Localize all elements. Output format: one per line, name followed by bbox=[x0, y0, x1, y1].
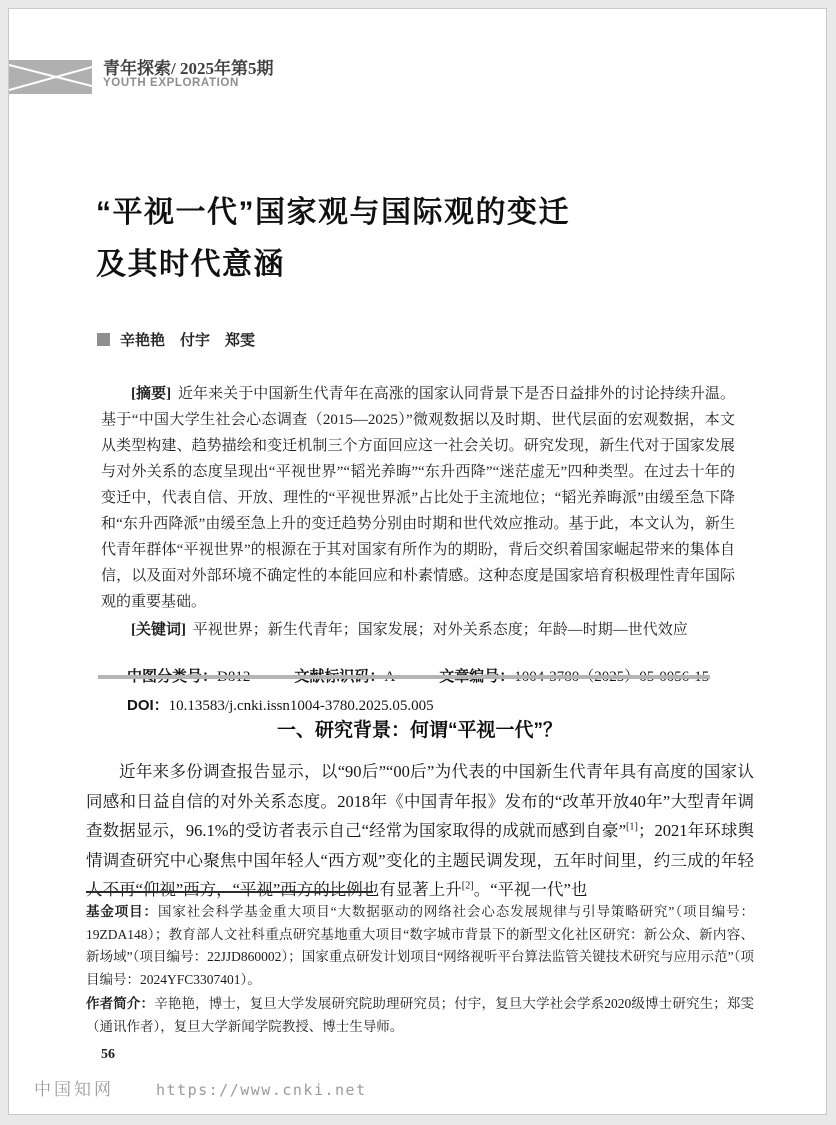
section-divider bbox=[98, 675, 710, 679]
page-number: 56 bbox=[101, 1047, 115, 1063]
fund-text: 国家社会科学基金重大项目“大数据驱动的网络社会心态发展规律与引导策略研究”（项目… bbox=[86, 904, 754, 987]
authors-names: 辛艳艳 付宇 郑雯 bbox=[120, 332, 255, 349]
keywords: [关键词]平视世界；新生代青年；国家发展；对外关系态度；年龄—时期—世代效应 bbox=[101, 617, 735, 643]
doi-value: 10.13583/j.cnki.issn1004-3780.2025.05.00… bbox=[169, 698, 434, 714]
body-paragraph: 近年来多份调查报告显示，以“90后”“00后”为代表的中国新生代青年具有高度的国… bbox=[86, 757, 754, 905]
author-bio-label: 作者简介： bbox=[86, 996, 154, 1011]
abstract-label: [摘要] bbox=[131, 386, 171, 402]
journal-page: 青年探索/ 2025年第5期 YOUTH EXPLORATION “平视一代”国… bbox=[8, 8, 827, 1115]
footnotes-block: 基金项目：国家社会科学基金重大项目“大数据驱动的网络社会心态发展规律与引导策略研… bbox=[86, 891, 754, 1040]
fund-label: 基金项目： bbox=[86, 904, 158, 919]
journal-name-en: YOUTH EXPLORATION bbox=[103, 77, 239, 89]
doi-row: DOI：10.13583/j.cnki.issn1004-3780.2025.0… bbox=[127, 694, 735, 715]
journal-name: 青年探索/ 2025年第5期 bbox=[103, 54, 273, 79]
abstract: [摘要]近年来关于中国新生代青年在高涨的国家认同背景下是否日益排外的讨论持续升温… bbox=[101, 381, 735, 615]
doi-label: DOI： bbox=[127, 697, 169, 714]
cnki-watermark-url: https://www.cnki.net bbox=[156, 1081, 367, 1099]
author-marker-square bbox=[97, 333, 110, 346]
footnote-separator bbox=[86, 891, 373, 893]
front-matter: [摘要]近年来关于中国新生代青年在高涨的国家认同背景下是否日益排外的讨论持续升温… bbox=[101, 381, 735, 715]
journal-logo-icon bbox=[9, 60, 92, 94]
authors-row: 辛艳艳 付宇 郑雯 bbox=[97, 329, 255, 350]
keywords-label: [关键词] bbox=[131, 622, 186, 638]
keywords-text: 平视世界；新生代青年；国家发展；对外关系态度；年龄—时期—世代效应 bbox=[193, 622, 688, 638]
fund-note: 基金项目：国家社会科学基金重大项目“大数据驱动的网络社会心态发展规律与引导策略研… bbox=[86, 901, 754, 991]
article-title-line1: “平视一代”国家观与国际观的变迁 bbox=[96, 196, 570, 229]
author-bio-text: 辛艳艳，博士，复旦大学发展研究院助理研究员；付宇，复旦大学社会学系2020级博士… bbox=[86, 996, 754, 1034]
author-bio-note: 作者简介：辛艳艳，博士，复旦大学发展研究院助理研究员；付宇，复旦大学社会学系20… bbox=[86, 993, 754, 1038]
cnki-watermark: 中国知网 https://www.cnki.net bbox=[34, 1075, 367, 1100]
cnki-watermark-name: 中国知网 bbox=[34, 1080, 114, 1099]
article-title-line2: 及其时代意涵 bbox=[96, 248, 285, 281]
abstract-text: 近年来关于中国新生代青年在高涨的国家认同背景下是否日益排外的讨论持续升温。基于“… bbox=[101, 386, 735, 610]
section-heading: 一、研究背景：何谓“平视一代”？ bbox=[86, 715, 753, 742]
article-title: “平视一代”国家观与国际观的变迁及其时代意涵 bbox=[96, 187, 736, 291]
